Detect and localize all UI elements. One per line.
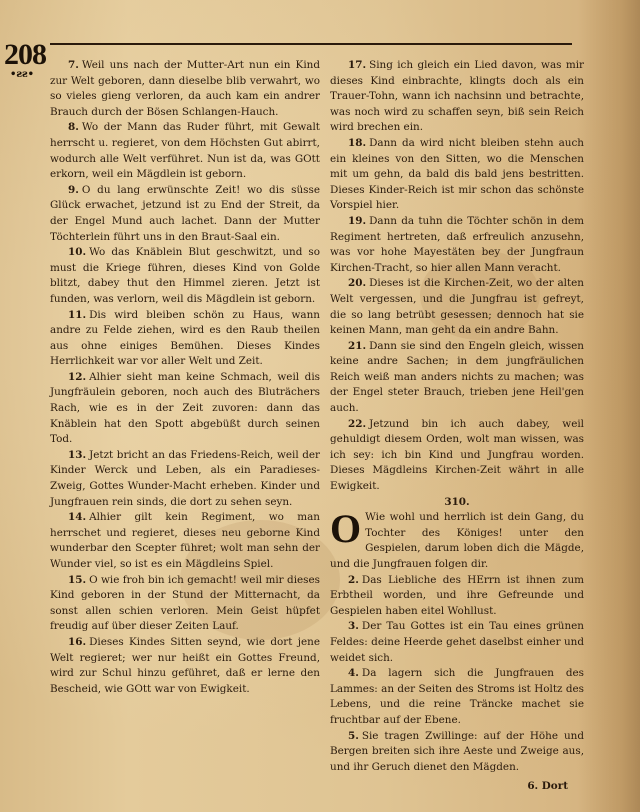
verse-text: Jetzt bricht an das Friedens-Reich, weil… (50, 449, 320, 508)
verse-text: O du lang erwünschte Zeit! wo dis süsse … (50, 184, 320, 243)
verse-number: 3. (348, 620, 359, 632)
verse-text: Dann sie sind den Engeln gleich, wissen … (330, 340, 584, 414)
verse: 20.Dieses ist die Kirchen-Zeit, wo der a… (330, 276, 584, 338)
verse-number: 18. (348, 137, 366, 149)
verse: 15.O wie froh bin ich gemacht! weil mir … (50, 573, 320, 635)
verse-text: Alhier gilt kein Regiment, wo man herrsc… (50, 511, 320, 570)
verse-text: Das Liebliche des HErrn ist ihnen zum Er… (330, 574, 584, 617)
verse-text: Dieses Kindes Sitten seynd, wie dort jen… (50, 636, 320, 695)
header-rule (322, 43, 572, 45)
verse: 9.O du lang erwünschte Zeit! wo dis süss… (50, 183, 320, 245)
verse: 7.Weil uns nach der Mutter-Art nun ein K… (50, 58, 320, 120)
verse-text: Dis wird bleiben schön zu Haus, wann and… (50, 309, 320, 368)
verse: 21.Dann sie sind den Engeln gleich, wiss… (330, 339, 584, 417)
drop-cap: O (330, 512, 361, 546)
verse-number: 12. (68, 371, 86, 383)
verse-number: 13. (68, 449, 86, 461)
verse-number: 16. (68, 636, 86, 648)
verse-text: Dieses ist die Kirchen-Zeit, wo der alte… (330, 277, 584, 336)
verse: 14.Alhier gilt kein Regiment, wo man her… (50, 510, 320, 572)
verse-number: 19. (348, 215, 366, 227)
verse: 4.Da lagern sich die Jungfrauen des Lamm… (330, 666, 584, 728)
verse-text: Der Tau Gottes ist ein Tau eines grünen … (330, 620, 584, 663)
verse-number: 17. (348, 59, 366, 71)
verse: 3.Der Tau Gottes ist ein Tau eines grüne… (330, 619, 584, 666)
verse-text: Wo das Knäblein Blut geschwitzt, und so … (50, 246, 320, 305)
verse: 5.Sie tragen Zwillinge: auf der Höhe und… (330, 729, 584, 776)
verse: 19.Dann da tuhn die Töchter schön in dem… (330, 214, 584, 276)
verse-text: Wie wohl und herrlich ist dein Gang, du … (330, 511, 584, 570)
book-page: 208 •ƨƨ• 7.Weil uns nach der Mutter-Art … (0, 0, 640, 812)
verse-number: 14. (68, 511, 86, 523)
verse-text: Weil uns nach der Mutter-Art nun ein Kin… (50, 59, 320, 118)
verse: 13.Jetzt bricht an das Friedens-Reich, w… (50, 448, 320, 510)
verse-text: Alhier sieht man keine Schmach, weil dis… (50, 371, 320, 445)
verse-number: 4. (348, 667, 359, 679)
ornament-icon: •ƨƨ• (10, 69, 34, 80)
verse: 16.Dieses Kindes Sitten seynd, wie dort … (50, 635, 320, 697)
verse: 18.Dann da wird nicht bleiben stehn auch… (330, 136, 584, 214)
verse-number: 9. (68, 184, 79, 196)
verse-number: 22. (348, 418, 366, 430)
verse-text: Dann da wird nicht bleiben stehn auch ei… (330, 137, 584, 211)
verse-text: Sie tragen Zwillinge: auf der Höhe und B… (330, 730, 584, 773)
verse-text: Jetzund bin ich auch dabey, weil gehuldi… (330, 418, 584, 492)
verse-number: 2. (348, 574, 359, 586)
verse-text: O wie froh bin ich gemacht! weil mir die… (50, 574, 320, 633)
verse-text: Dann da tuhn die Töchter schön in dem Re… (330, 215, 584, 274)
hymn-first-verse: OWie wohl und herrlich ist dein Gang, du… (330, 510, 584, 572)
left-column: 7.Weil uns nach der Mutter-Art nun ein K… (50, 58, 320, 697)
verse: 8.Wo der Mann das Ruder führt, mit Gewal… (50, 120, 320, 182)
right-column: 17.Sing ich gleich ein Lied davon, was m… (330, 58, 584, 795)
verse-number: 5. (348, 730, 359, 742)
verse-number: 10. (68, 246, 86, 258)
verse-number: 8. (68, 121, 79, 133)
verse: 12.Alhier sieht man keine Schmach, weil … (50, 370, 320, 448)
verse: 10.Wo das Knäblein Blut geschwitzt, und … (50, 245, 320, 307)
verse-text: Da lagern sich die Jungfrauen des Lammes… (330, 667, 584, 726)
page-number: 208 (4, 40, 46, 70)
verse-number: 20. (348, 277, 366, 289)
catchword: 6. Dort (330, 779, 568, 795)
verse-number: 15. (68, 574, 86, 586)
page-gutter-shadow (578, 0, 640, 812)
verse-text: Wo der Mann das Ruder führt, mit Gewalt … (50, 121, 320, 180)
hymn-number: 310. (330, 495, 584, 511)
verse-text: Sing ich gleich ein Lied davon, was mir … (330, 59, 584, 133)
verse: 11.Dis wird bleiben schön zu Haus, wann … (50, 308, 320, 370)
verse: 22.Jetzund bin ich auch dabey, weil gehu… (330, 417, 584, 495)
verse: 17.Sing ich gleich ein Lied davon, was m… (330, 58, 584, 136)
verse: 2.Das Liebliche des HErrn ist ihnen zum … (330, 573, 584, 620)
verse-number: 7. (68, 59, 79, 71)
header-rule (50, 43, 328, 45)
verse-number: 21. (348, 340, 366, 352)
verse-number: 11. (68, 309, 86, 321)
